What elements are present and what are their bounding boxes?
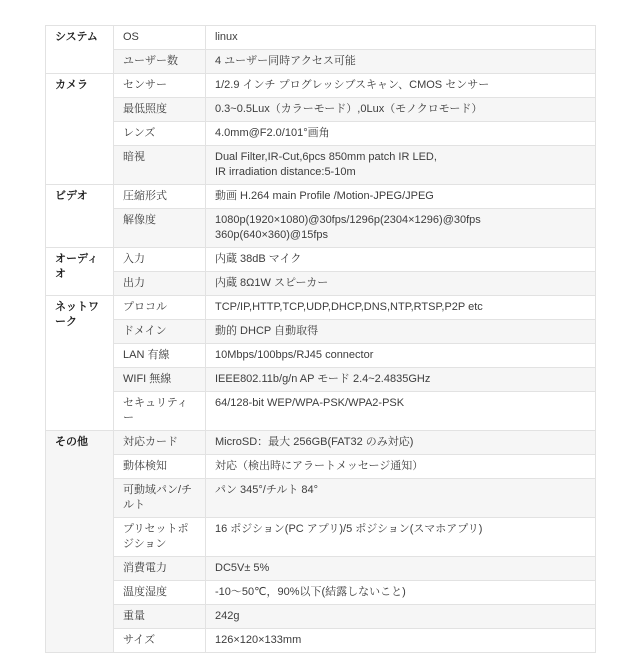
spec-label: 暗視: [114, 146, 206, 185]
spec-row: 動体検知 対応（検出時にアラートメッセージ通知）: [46, 455, 596, 479]
spec-row: 解像度 1080p(1920×1080)@30fps/1296p(2304×12…: [46, 209, 596, 248]
spec-value: 126×120×133mm: [206, 629, 596, 653]
spec-label: 出力: [114, 272, 206, 296]
spec-label: 対応カード: [114, 431, 206, 455]
spec-row: 暗視 Dual Filter,IR-Cut,6pcs 850mm patch I…: [46, 146, 596, 185]
spec-label: センサー: [114, 74, 206, 98]
spec-row: その他 対応カード MicroSD：最大 256GB(FAT32 のみ対応): [46, 431, 596, 455]
spec-value: 動的 DHCP 自動取得: [206, 320, 596, 344]
category-cell-system: システム: [46, 26, 114, 74]
spec-row: LAN 有線 10Mbps/100bps/RJ45 connector: [46, 344, 596, 368]
spec-value: MicroSD：最大 256GB(FAT32 のみ対応): [206, 431, 596, 455]
spec-value: 1080p(1920×1080)@30fps/1296p(2304×1296)@…: [206, 209, 596, 248]
spec-value: 16 ポジション(PC アプリ)/5 ポジション(スマホアプリ): [206, 518, 596, 557]
spec-value: 1/2.9 インチ プログレッシブスキャン、CMOS センサー: [206, 74, 596, 98]
spec-row: 重量 242g: [46, 605, 596, 629]
spec-value: 0.3~0.5Lux（カラーモード）,0Lux（モノクロモード）: [206, 98, 596, 122]
spec-sheet: システム OS linux ユーザー数 4 ユーザー同時アクセス可能 カメラ セ…: [45, 25, 595, 653]
spec-label: 可動域パン/チルト: [114, 479, 206, 518]
spec-row: 消費電力 DC5V± 5%: [46, 557, 596, 581]
spec-label: ドメイン: [114, 320, 206, 344]
category-cell-camera: カメラ: [46, 74, 114, 185]
spec-label: 最低照度: [114, 98, 206, 122]
spec-row: 可動域パン/チルト パン 345°/チルト 84°: [46, 479, 596, 518]
spec-label: セキュリティー: [114, 392, 206, 431]
spec-label: 入力: [114, 248, 206, 272]
spec-value: 動画 H.264 main Profile /Motion-JPEG/JPEG: [206, 185, 596, 209]
category-cell-audio: オーディオ: [46, 248, 114, 296]
spec-label: プロコル: [114, 296, 206, 320]
spec-label: 消費電力: [114, 557, 206, 581]
spec-label: OS: [114, 26, 206, 50]
spec-label: WIFI 無線: [114, 368, 206, 392]
spec-row: システム OS linux: [46, 26, 596, 50]
spec-row: ドメイン 動的 DHCP 自動取得: [46, 320, 596, 344]
spec-label: サイズ: [114, 629, 206, 653]
spec-label: レンズ: [114, 122, 206, 146]
spec-value: 対応（検出時にアラートメッセージ通知）: [206, 455, 596, 479]
spec-label: 解像度: [114, 209, 206, 248]
spec-row: ネットワーク プロコル TCP/IP,HTTP,TCP,UDP,DHCP,DNS…: [46, 296, 596, 320]
spec-value: 内蔵 38dB マイク: [206, 248, 596, 272]
spec-value: パン 345°/チルト 84°: [206, 479, 596, 518]
spec-row: ビデオ 圧縮形式 動画 H.264 main Profile /Motion-J…: [46, 185, 596, 209]
category-cell-network: ネットワーク: [46, 296, 114, 431]
spec-label: ユーザー数: [114, 50, 206, 74]
spec-row: WIFI 無線 IEEE802.11b/g/n AP モード 2.4~2.483…: [46, 368, 596, 392]
spec-label: 温度湿度: [114, 581, 206, 605]
spec-value: 4 ユーザー同時アクセス可能: [206, 50, 596, 74]
spec-value: DC5V± 5%: [206, 557, 596, 581]
spec-row: プリセットポジション 16 ポジション(PC アプリ)/5 ポジション(スマホア…: [46, 518, 596, 557]
category-cell-video: ビデオ: [46, 185, 114, 248]
spec-row: 温度湿度 -10～50℃，90%以下(結露しないこと): [46, 581, 596, 605]
spec-label: 重量: [114, 605, 206, 629]
spec-row: 出力 内蔵 8Ω1W スピーカー: [46, 272, 596, 296]
spec-table: システム OS linux ユーザー数 4 ユーザー同時アクセス可能 カメラ セ…: [45, 25, 596, 653]
spec-value: Dual Filter,IR-Cut,6pcs 850mm patch IR L…: [206, 146, 596, 185]
spec-value: -10～50℃，90%以下(結露しないこと): [206, 581, 596, 605]
spec-label: プリセットポジション: [114, 518, 206, 557]
spec-value: linux: [206, 26, 596, 50]
spec-value: 4.0mm@F2.0/101°画角: [206, 122, 596, 146]
spec-value: TCP/IP,HTTP,TCP,UDP,DHCP,DNS,NTP,RTSP,P2…: [206, 296, 596, 320]
spec-label: LAN 有線: [114, 344, 206, 368]
spec-row: カメラ センサー 1/2.9 インチ プログレッシブスキャン、CMOS センサー: [46, 74, 596, 98]
category-cell-other: その他: [46, 431, 114, 653]
spec-row: 最低照度 0.3~0.5Lux（カラーモード）,0Lux（モノクロモード）: [46, 98, 596, 122]
spec-row: レンズ 4.0mm@F2.0/101°画角: [46, 122, 596, 146]
spec-row: オーディオ 入力 内蔵 38dB マイク: [46, 248, 596, 272]
spec-value: IEEE802.11b/g/n AP モード 2.4~2.4835GHz: [206, 368, 596, 392]
spec-value: 242g: [206, 605, 596, 629]
spec-row: セキュリティー 64/128-bit WEP/WPA-PSK/WPA2-PSK: [46, 392, 596, 431]
spec-value: 64/128-bit WEP/WPA-PSK/WPA2-PSK: [206, 392, 596, 431]
spec-value: 内蔵 8Ω1W スピーカー: [206, 272, 596, 296]
spec-label: 圧縮形式: [114, 185, 206, 209]
spec-row: サイズ 126×120×133mm: [46, 629, 596, 653]
spec-label: 動体検知: [114, 455, 206, 479]
spec-row: ユーザー数 4 ユーザー同時アクセス可能: [46, 50, 596, 74]
spec-value: 10Mbps/100bps/RJ45 connector: [206, 344, 596, 368]
